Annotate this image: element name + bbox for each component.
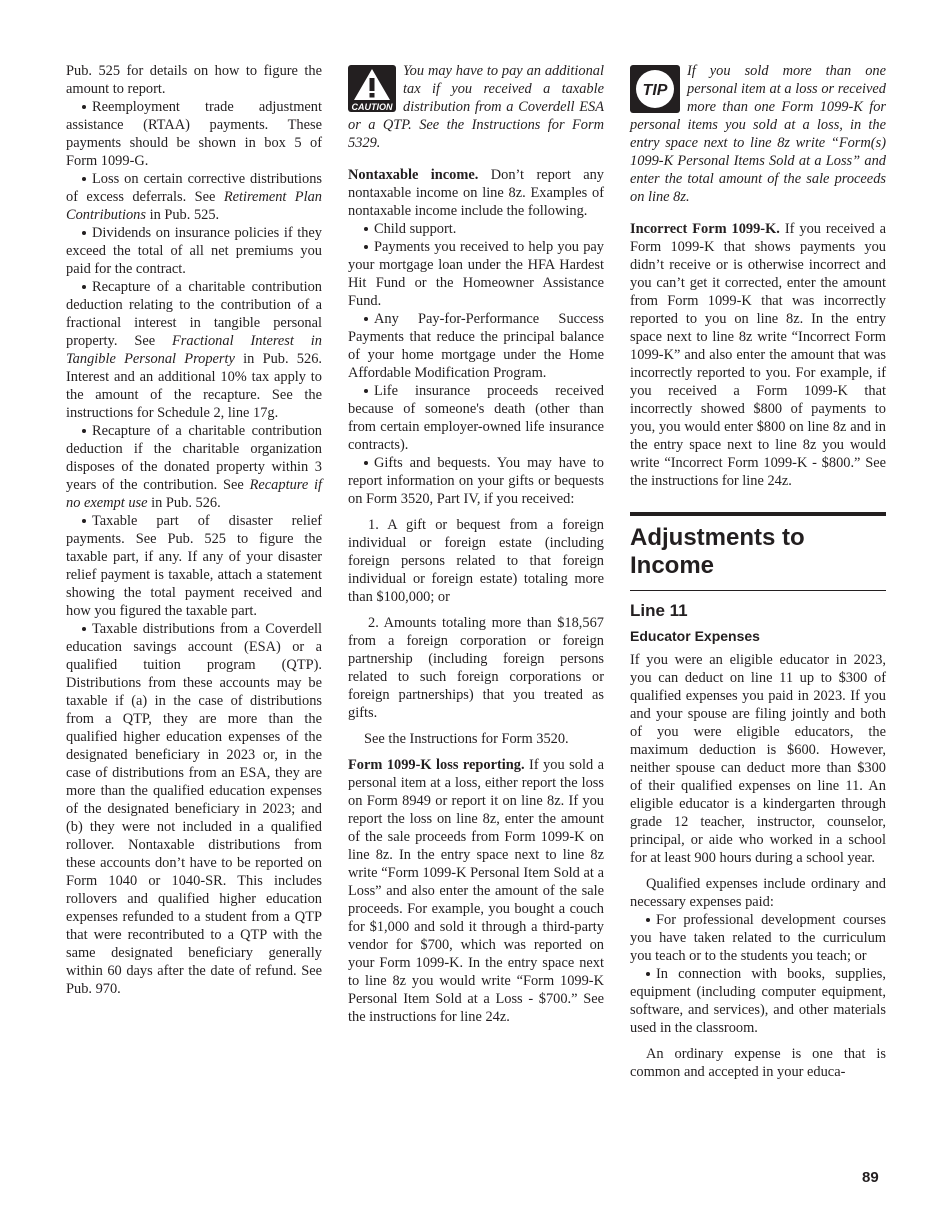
bullet-icon (82, 627, 86, 631)
heading-divider (630, 590, 886, 591)
bullet-icon (364, 245, 368, 249)
tip-note: TIP If you sold more than one personal i… (630, 62, 886, 206)
list-item: In connection with books, supplies, equi… (630, 965, 886, 1037)
bullet-icon (82, 429, 86, 433)
list-item: Taxable part of disaster relief payments… (66, 512, 322, 620)
paragraph: If you were an eligible educator in 2023… (630, 651, 886, 867)
sub-heading: Educator Expenses (630, 627, 886, 645)
list-item: Reemployment trade adjustment assistance… (66, 98, 322, 170)
svg-text:TIP: TIP (643, 82, 668, 99)
paragraph: Qualified expenses include ordinary and … (630, 875, 886, 911)
list-item: Any Pay-for-Performance Success Payments… (348, 310, 604, 382)
list-item: Payments you received to help you pay yo… (348, 238, 604, 310)
column-3: TIP If you sold more than one personal i… (630, 62, 886, 1081)
list-item: Life insurance proceeds received because… (348, 382, 604, 454)
bullet-icon (82, 519, 86, 523)
document-page: Pub. 525 for details on how to figure th… (0, 0, 950, 1230)
list-item: Child support. (348, 220, 604, 238)
bullet-icon (364, 227, 368, 231)
bullet-icon (82, 177, 86, 181)
bullet-icon (82, 285, 86, 289)
list-item: Loss on certain corrective distributions… (66, 170, 322, 224)
section-divider (630, 512, 886, 516)
tip-icon: TIP (630, 65, 680, 113)
caution-icon: CAUTION (348, 65, 396, 112)
list-item: Taxable distributions from a Coverdell e… (66, 620, 322, 998)
svg-text:CAUTION: CAUTION (352, 102, 393, 112)
column-1: Pub. 525 for details on how to figure th… (66, 62, 322, 998)
bullet-icon (82, 105, 86, 109)
line-heading: Line 11 (630, 601, 886, 621)
list-item: Recapture of a charitable contribution d… (66, 422, 322, 512)
column-2: CAUTION You may have to pay an additiona… (348, 62, 604, 1026)
list-item: Gifts and bequests. You may have to repo… (348, 454, 604, 508)
bullet-icon (646, 918, 650, 922)
bullet-icon (364, 461, 368, 465)
bullet-icon (646, 972, 650, 976)
run-in-heading: Incorrect Form 1099-K. (630, 221, 780, 237)
paragraph: Nontaxable income. Don’t report any nont… (348, 166, 604, 220)
list-item: Dividends on insurance policies if they … (66, 224, 322, 278)
paragraph: An ordinary expense is one that is commo… (630, 1045, 886, 1081)
list-item: Recapture of a charitable contribution d… (66, 278, 322, 422)
page-number: 89 (862, 1169, 879, 1186)
paragraph: See the Instructions for Form 3520. (348, 730, 604, 748)
paragraph: Incorrect Form 1099-K. If you received a… (630, 220, 886, 490)
bullet-icon (82, 231, 86, 235)
run-in-heading: Form 1099-K loss reporting. (348, 757, 525, 773)
bullet-icon (364, 389, 368, 393)
section-title: Adjustments to Income (630, 524, 886, 580)
numbered-item: 2. Amounts totaling more than $18,567 fr… (348, 614, 604, 722)
bullet-icon (364, 317, 368, 321)
list-item: For professional development courses you… (630, 911, 886, 965)
paragraph: Form 1099-K loss reporting. If you sold … (348, 756, 604, 1026)
paragraph: Pub. 525 for details on how to figure th… (66, 62, 322, 98)
run-in-heading: Nontaxable income. (348, 167, 478, 183)
numbered-item: 1. A gift or bequest from a foreign indi… (348, 516, 604, 606)
caution-note: CAUTION You may have to pay an additiona… (348, 62, 604, 152)
